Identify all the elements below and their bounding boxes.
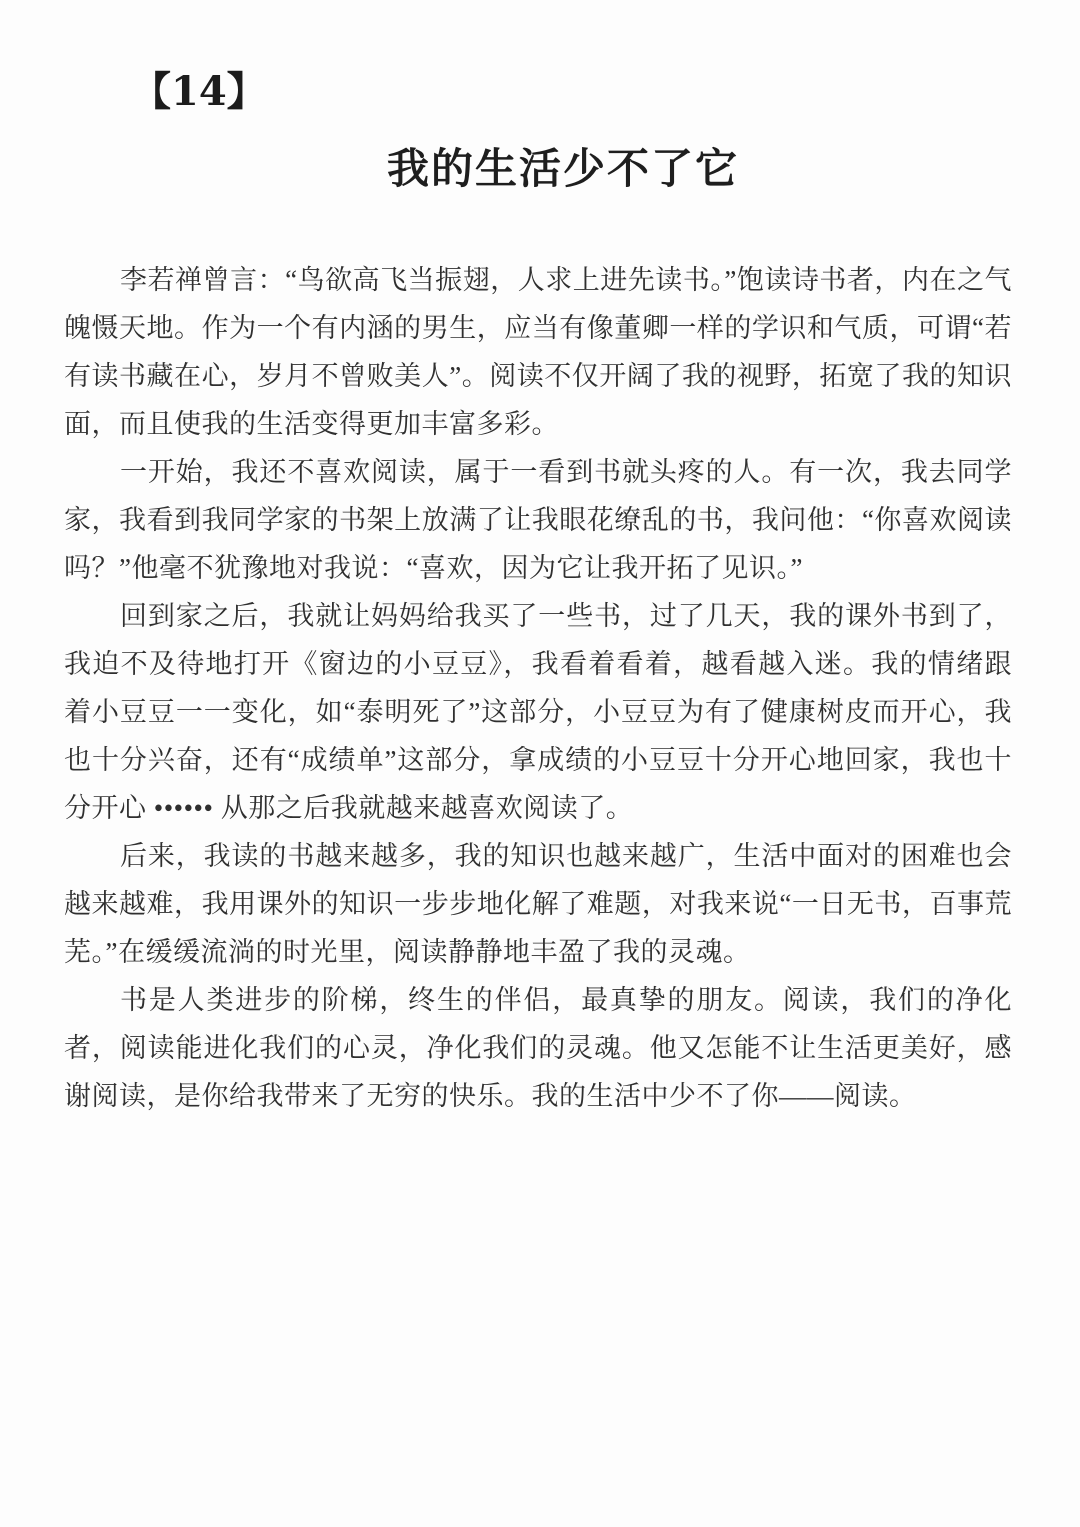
essay-title: 我的生活少不了它 bbox=[46, 136, 1080, 196]
essay-body: 李若禅曾言：“鸟欲高飞当振翅，人求上进先读书。”饱读诗书者，内在之气魄慑天地。作… bbox=[64, 256, 1012, 1120]
essay-paragraph: 李若禅曾言：“鸟欲高飞当振翅，人求上进先读书。”饱读诗书者，内在之气魄慑天地。作… bbox=[64, 256, 1012, 448]
document-number-label: 【14】 bbox=[131, 60, 267, 117]
essay-paragraph: 书是人类进步的阶梯，终生的伴侣，最真挚的朋友。阅读，我们的净化者，阅读能进化我们… bbox=[64, 976, 1012, 1120]
essay-paragraph: 一开始，我还不喜欢阅读，属于一看到书就头疼的人。有一次，我去同学家，我看到我同学… bbox=[64, 448, 1012, 592]
document-page: 【14】 我的生活少不了它 李若禅曾言：“鸟欲高飞当振翅，人求上进先读书。”饱读… bbox=[0, 0, 1080, 1527]
essay-paragraph: 回到家之后，我就让妈妈给我买了一些书，过了几天，我的课外书到了，我迫不及待地打开… bbox=[64, 592, 1012, 832]
essay-paragraph: 后来，我读的书越来越多，我的知识也越来越广，生活中面对的困难也会越来越难，我用课… bbox=[64, 832, 1012, 976]
